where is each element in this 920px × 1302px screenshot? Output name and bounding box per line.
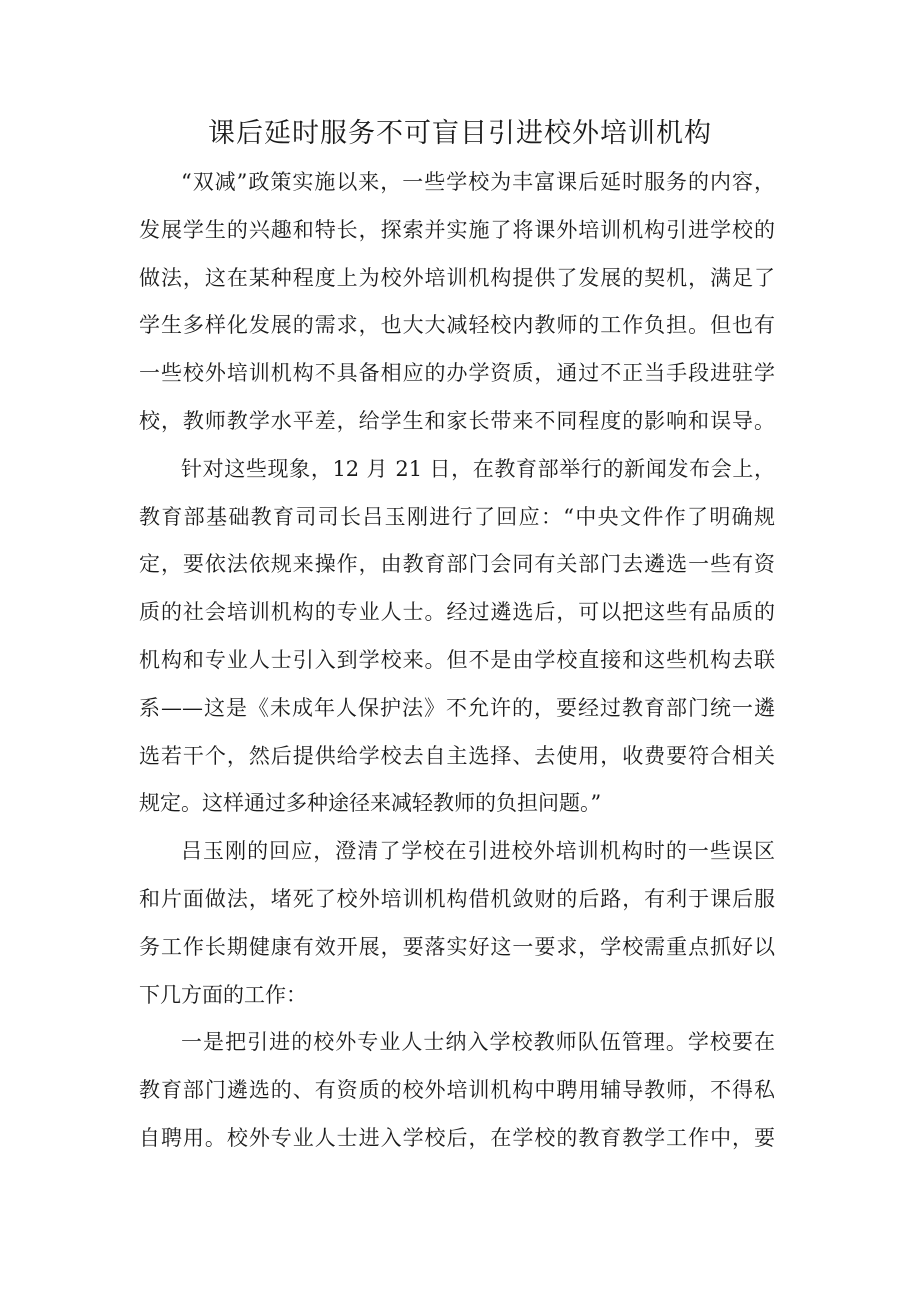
document-body: “双减”政策实施以来，一些学校为丰富课后延时服务的内容， 发展学生的兴趣和特长，… [139, 159, 775, 1163]
text-line: 发展学生的兴趣和特长，探索并实施了将课外培训机构引进学校的 [139, 207, 775, 255]
paragraph-3: 吕玉刚的回应，澄清了学校在引进校外培训机构时的一些误区 和片面做法，堵死了校外培… [139, 828, 775, 1019]
text-line: 校，教师教学水平差，给学生和家长带来不同程度的影响和误导。 [139, 398, 775, 446]
text-line: 定，要依法依规来操作，由教育部门会同有关部门去遴选一些有资 [139, 541, 775, 589]
text-line: 质的社会培训机构的专业人士。经过遴选后，可以把这些有品质的 [139, 589, 775, 637]
text-line: 针对这些现象，12 月 21 日，在教育部举行的新闻发布会上， [139, 446, 775, 494]
text-line: 吕玉刚的回应，澄清了学校在引进校外培训机构时的一些误区 [139, 828, 775, 876]
text-line: 一些校外培训机构不具备相应的办学资质，通过不正当手段进驻学 [139, 350, 775, 398]
text-line: 系——这是《未成年人保护法》不允许的，要经过教育部门统一遴 [139, 685, 775, 733]
text-line: 教育部基础教育司司长吕玉刚进行了回应：“中央文件作了明确规 [139, 494, 775, 542]
text-line: 规定。这样通过多种途径来减轻教师的负担问题。” [139, 780, 775, 828]
paragraph-2: 针对这些现象，12 月 21 日，在教育部举行的新闻发布会上， 教育部基础教育司… [139, 446, 775, 828]
text-line: 教育部门遴选的、有资质的校外培训机构中聘用辅导教师，不得私 [139, 1067, 775, 1115]
text-line: 机构和专业人士引入到学校来。但不是由学校直接和这些机构去联 [139, 637, 775, 685]
text-line: “双减”政策实施以来，一些学校为丰富课后延时服务的内容， [139, 159, 775, 207]
text-line: 下几方面的工作： [139, 972, 775, 1020]
text-line: 选若干个，然后提供给学校去自主选择、去使用，收费要符合相关 [139, 733, 775, 781]
text-line: 做法，这在某种程度上为校外培训机构提供了发展的契机，满足了 [139, 255, 775, 303]
text-line: 务工作长期健康有效开展，要落实好这一要求，学校需重点抓好以 [139, 924, 775, 972]
text-line: 自聘用。校外专业人士进入学校后，在学校的教育教学工作中，要 [139, 1115, 775, 1163]
document-page: 课后延时服务不可盲目引进校外培训机构 “双减”政策实施以来，一些学校为丰富课后延… [0, 0, 920, 1302]
text-line: 学生多样化发展的需求，也大大减轻校内教师的工作负担。但也有 [139, 302, 775, 350]
text-line: 和片面做法，堵死了校外培训机构借机敛财的后路，有利于课后服 [139, 876, 775, 924]
document-title: 课后延时服务不可盲目引进校外培训机构 [0, 114, 920, 154]
paragraph-4: 一是把引进的校外专业人士纳入学校教师队伍管理。学校要在 教育部门遴选的、有资质的… [139, 1019, 775, 1162]
paragraph-1: “双减”政策实施以来，一些学校为丰富课后延时服务的内容， 发展学生的兴趣和特长，… [139, 159, 775, 446]
text-line: 一是把引进的校外专业人士纳入学校教师队伍管理。学校要在 [139, 1019, 775, 1067]
